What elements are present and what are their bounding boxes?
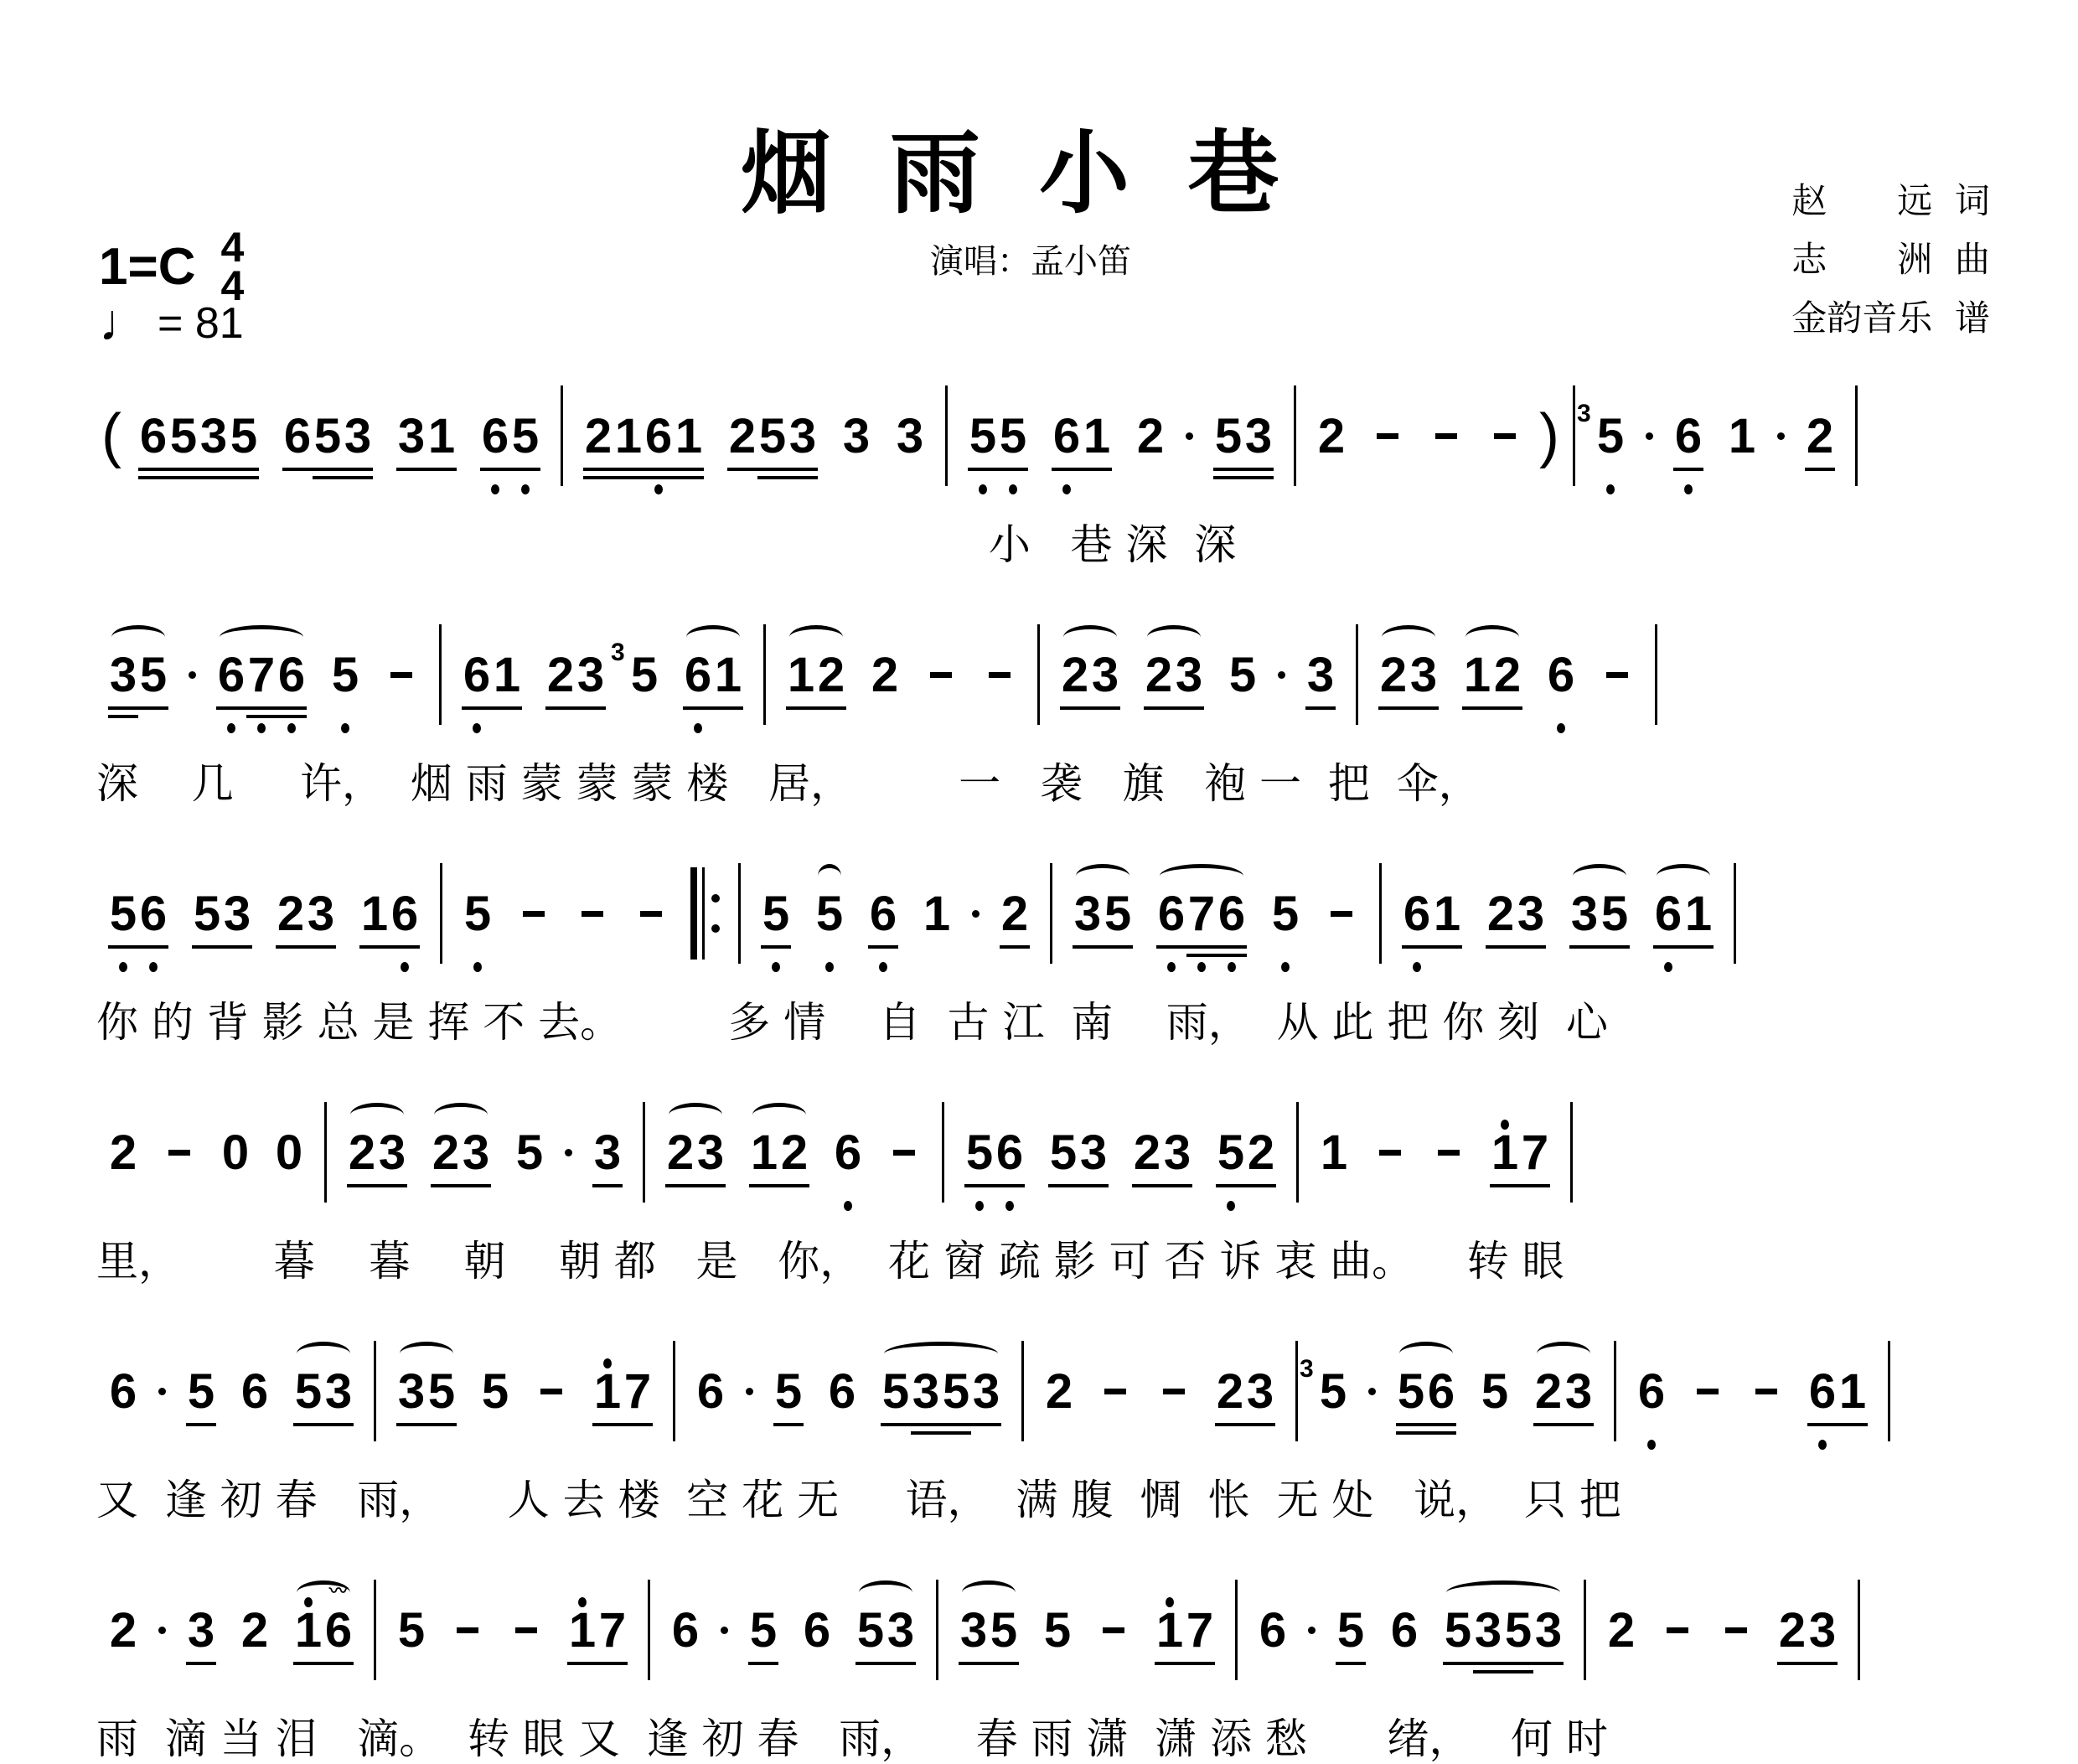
score-line: (6535653316521612533355612532)35612 小 巷 …	[96, 385, 1998, 486]
note-digit: 2	[1486, 886, 1516, 942]
barline	[1858, 1580, 1860, 1680]
note-digit: 6	[282, 408, 313, 464]
barline	[374, 1580, 376, 1680]
note-group: 5353	[1443, 1602, 1564, 1658]
note-digit: 6	[1389, 1602, 1419, 1658]
note-digit: 1	[1432, 886, 1462, 942]
note-digit: 3	[959, 1602, 989, 1658]
thin-bar	[702, 867, 705, 960]
note-digit: 7	[597, 1602, 628, 1658]
note-group: 5	[1270, 886, 1300, 942]
note-group: 23	[1777, 1602, 1838, 1658]
note-group: 52	[1216, 1125, 1276, 1181]
low-octave-dot	[119, 962, 127, 972]
sixteenth-underline	[911, 1431, 941, 1435]
note: 2	[1044, 1363, 1074, 1420]
barline	[561, 385, 563, 486]
slur-arc	[1399, 1342, 1453, 1366]
note-digit: 3	[306, 886, 336, 942]
score-line: 23216〰51765653355176565353223雨 滴 当 泪 滴。 …	[96, 1580, 1998, 1680]
note-digit: 1	[293, 1602, 323, 1658]
quarter-note-icon: ♩	[99, 293, 151, 353]
eighth-underline	[186, 1662, 216, 1665]
augmentation-dot	[721, 1627, 728, 1634]
note-group: 6	[833, 1125, 863, 1181]
time-sig-top: 4	[220, 228, 244, 266]
note-digit: 6	[108, 1363, 138, 1420]
augmentation-dot	[158, 1627, 166, 1634]
low-octave-dot	[979, 484, 987, 494]
note-digit: 6	[833, 1125, 863, 1181]
barline	[1296, 1102, 1299, 1203]
sixteenth-underline	[1213, 476, 1274, 479]
transcriber-credit: 金韵音乐 谱	[1791, 289, 1990, 348]
note-digit: 2	[240, 1602, 270, 1658]
low-octave-dot	[341, 723, 349, 733]
note-digit: 6	[480, 408, 510, 464]
eighth-underline	[786, 706, 846, 710]
note: 0	[220, 1125, 251, 1181]
low-octave-dot	[521, 484, 530, 494]
eighth-underline	[1048, 1184, 1109, 1187]
note-digit: 2	[870, 647, 900, 703]
note-digit: 6	[1402, 886, 1432, 942]
note-group: 53	[293, 1363, 354, 1420]
note-group: 23	[1144, 647, 1204, 703]
note-digit: 5	[629, 647, 659, 703]
eighth-underline	[1462, 706, 1522, 710]
note-digit: 1	[1082, 408, 1112, 464]
barline	[440, 863, 442, 964]
sustain-dash	[1438, 1150, 1460, 1156]
eighth-underline	[347, 1184, 407, 1187]
note-digit: 5	[968, 408, 998, 464]
note-group: 53	[1048, 1125, 1109, 1181]
eighth-underline	[1336, 1662, 1366, 1665]
note: 1	[922, 886, 952, 942]
note-digit: 3	[108, 647, 138, 703]
note-digit: 2	[1533, 1363, 1564, 1420]
note-group: 56	[108, 886, 168, 942]
slur-arc	[434, 1103, 488, 1127]
note-digit: 5	[192, 886, 222, 942]
note: 2	[870, 647, 900, 703]
note-group: 23	[347, 1125, 407, 1181]
sixteenth-underline	[138, 476, 259, 479]
note-group: 16	[359, 886, 420, 942]
slur-arc	[1573, 864, 1626, 888]
note-digit: 3	[788, 408, 818, 464]
slur-arc	[297, 1580, 350, 1605]
barline	[1614, 1341, 1616, 1441]
note-group: 35	[396, 1363, 457, 1420]
slur-arc	[1063, 625, 1117, 649]
eighth-underline	[1443, 1662, 1564, 1665]
note-digit: 5	[1480, 1363, 1510, 1420]
note-group: 3	[592, 1125, 623, 1181]
sustain-dash	[390, 672, 412, 678]
note-group: 5	[773, 1363, 804, 1420]
note-digit: 1	[922, 886, 952, 942]
note-digit: 1	[1683, 886, 1714, 942]
note-digit: 7	[1186, 886, 1217, 942]
note-digit: 3	[1564, 1363, 1594, 1420]
eighth-underline	[868, 945, 898, 949]
sustain-dash	[989, 672, 1011, 678]
note-group: 5	[330, 647, 360, 703]
augmentation-dot	[1368, 1388, 1376, 1395]
repeat-start-barline	[690, 867, 720, 960]
tempo-marking: ♩ = 81	[99, 293, 244, 353]
note-group: 3	[186, 1602, 216, 1658]
sustain-dash	[1435, 433, 1457, 439]
eighth-underline	[1060, 706, 1120, 710]
note: 6	[108, 1363, 138, 1420]
sixteenth-underline	[313, 476, 343, 479]
note-digit: 6	[695, 1363, 726, 1420]
eighth-underline	[773, 1423, 804, 1426]
slur-arc	[789, 625, 843, 649]
eighth-underline	[665, 1184, 726, 1187]
eighth-underline	[968, 468, 1028, 471]
note-digit: 3	[1409, 647, 1439, 703]
augmentation-dot	[1308, 1627, 1316, 1634]
note-digit: 6	[827, 1363, 857, 1420]
note-group: 23	[1378, 647, 1439, 703]
note-group: 2	[1000, 886, 1030, 942]
sustain-dash	[1379, 1150, 1401, 1156]
note-digit: 3	[461, 1125, 491, 1181]
augmentation-dot	[1646, 432, 1653, 440]
note-group: 6	[1546, 647, 1576, 703]
note-digit: 2	[1215, 1363, 1245, 1420]
note-group: 5	[186, 1363, 216, 1420]
note-digit: 3	[1473, 1602, 1503, 1658]
thick-bar	[690, 867, 697, 960]
slur-arc	[686, 625, 740, 649]
sustain-dash	[1725, 1627, 1747, 1633]
note-group: 17	[1490, 1125, 1550, 1181]
slur-arc	[884, 1342, 998, 1366]
sustain-dash	[1606, 672, 1628, 678]
sustain-dash	[1494, 433, 1516, 439]
slur-arc	[859, 1580, 912, 1605]
note-digit: 5	[463, 886, 493, 942]
eighth-underline	[1156, 945, 1247, 949]
eighth-underline	[761, 945, 791, 949]
notes-row: (6535653316521612533355612532)35612	[96, 385, 1998, 486]
barline	[1888, 1341, 1890, 1441]
note-group: 6	[1636, 1363, 1667, 1420]
note: 6	[240, 1363, 270, 1420]
eighth-underline	[727, 468, 818, 471]
note-digit: 2	[1316, 408, 1347, 464]
note-digit: 0	[220, 1125, 251, 1181]
note-digit: 5	[1396, 1363, 1426, 1420]
note-digit: 0	[274, 1125, 304, 1181]
note-digit: 3	[1569, 886, 1600, 942]
note-group: 6535	[138, 408, 259, 464]
note-group: 35	[629, 647, 659, 703]
note-digit: 6〰	[323, 1602, 354, 1658]
note-group: 65	[480, 408, 540, 464]
note-digit: 5	[229, 408, 259, 464]
slur-arc	[1382, 625, 1435, 649]
low-octave-dot	[1005, 1201, 1014, 1211]
note-digit: 2	[1606, 1602, 1636, 1658]
barline	[1037, 624, 1040, 725]
barline	[1379, 863, 1382, 964]
sixteenth-underline	[246, 715, 277, 718]
note-digit: 7	[1520, 1125, 1550, 1181]
note-digit: 3	[592, 1125, 623, 1181]
note-digit: 6	[1156, 886, 1186, 942]
note-group: 53	[192, 886, 252, 942]
grace-note: 3	[1300, 1355, 1314, 1384]
sixteenth-underline	[583, 476, 704, 479]
note-group: 676	[1156, 886, 1247, 942]
note: 5	[480, 1363, 510, 1420]
note-digit: 3	[971, 1363, 1001, 1420]
sustain-dash	[1103, 1627, 1124, 1633]
composer-credit: 志 洲 曲	[1791, 230, 1990, 289]
note: 1	[1727, 408, 1757, 464]
note-digit: 5	[998, 408, 1028, 464]
note-group: 61	[1807, 1363, 1868, 1420]
note: 2	[1135, 408, 1166, 464]
sustain-dash	[640, 911, 662, 917]
barline	[643, 1102, 645, 1203]
tempo-value: = 81	[158, 298, 244, 349]
note-digit: 6	[1052, 408, 1082, 464]
note-digit: 2	[276, 886, 306, 942]
note-digit: 6	[644, 408, 674, 464]
eighth-underline	[959, 1662, 1019, 1665]
note-group: 55	[968, 408, 1028, 464]
barline	[936, 1580, 938, 1680]
note-digit: 3	[186, 1602, 216, 1658]
note-digit: 1	[567, 1602, 597, 1658]
note-digit: 5	[108, 886, 138, 942]
note-digit: 2	[1805, 408, 1835, 464]
note-digit: 3	[911, 1363, 941, 1420]
note-group: 23	[1060, 647, 1120, 703]
score-line: 5653231655561235676561233561你 的 背 影 总 是 …	[96, 863, 1998, 964]
eighth-underline	[567, 1662, 628, 1665]
augmentation-dot	[1186, 432, 1193, 440]
barline	[1570, 1102, 1573, 1203]
note-group: 35	[1318, 1363, 1348, 1420]
eighth-underline	[1144, 706, 1204, 710]
note: 2	[108, 1602, 138, 1658]
barline	[673, 1341, 675, 1441]
grace-note: 3	[611, 639, 625, 667]
eighth-underline	[1215, 1423, 1275, 1426]
note-digit: 3	[323, 1363, 354, 1420]
eighth-underline	[396, 468, 457, 471]
barline	[324, 1102, 327, 1203]
low-octave-dot	[825, 962, 834, 972]
sustain-dash	[457, 1627, 478, 1633]
note-digit: 1	[359, 886, 390, 942]
slur-arc	[1465, 625, 1519, 649]
barline	[1356, 624, 1358, 725]
note-group: 17	[1155, 1602, 1215, 1658]
notes-row: 2002323532312656532352117	[96, 1102, 1998, 1203]
note-digit: 5	[757, 408, 788, 464]
note-group: 12	[1462, 647, 1522, 703]
note-group: 16〰	[293, 1602, 354, 1658]
note-group: 653	[282, 408, 373, 464]
singer-credit: 演唱：孟小笛	[930, 235, 1131, 282]
note-digit: 3	[1073, 886, 1103, 942]
note-group: 5	[463, 886, 493, 942]
high-octave-dot	[603, 1358, 612, 1368]
note-digit: 2	[1378, 647, 1409, 703]
note-digit: 2	[347, 1125, 377, 1181]
note: 6	[827, 1363, 857, 1420]
note-digit: 3	[1516, 886, 1546, 942]
eighth-underline	[462, 706, 522, 710]
low-octave-dot	[473, 723, 481, 733]
sixteenth-underline	[277, 715, 307, 718]
eighth-underline	[1490, 1184, 1550, 1187]
low-octave-dot	[1197, 962, 1206, 972]
low-octave-dot	[1664, 962, 1672, 972]
note-digit: 3	[1305, 647, 1336, 703]
note-digit: 3	[1807, 1602, 1838, 1658]
note-digit: 6	[670, 1602, 700, 1658]
note-group: 35	[108, 647, 168, 703]
eighth-underline	[480, 468, 540, 471]
sustain-dash	[540, 1389, 562, 1394]
note-digit: 3	[1090, 647, 1120, 703]
note-digit: 6	[138, 408, 168, 464]
note-digit: 3	[1533, 1602, 1564, 1658]
note-digit: 5	[814, 886, 845, 942]
eighth-underline	[748, 1662, 778, 1665]
augmentation-dot	[565, 1149, 572, 1156]
low-octave-dot	[257, 723, 266, 733]
sustain-dash	[515, 1627, 537, 1633]
augmentation-dot	[1278, 671, 1285, 679]
note-digit: 6	[868, 886, 898, 942]
note-digit: 2	[545, 647, 576, 703]
note-group: 23	[1215, 1363, 1275, 1420]
barline	[1295, 1341, 1298, 1441]
note-group: 2161	[583, 408, 704, 464]
note: 2	[240, 1602, 270, 1658]
note: 6	[670, 1602, 700, 1658]
barline	[1573, 385, 1575, 486]
note-digit: 2	[1777, 1602, 1807, 1658]
note-digit: 3	[895, 408, 925, 464]
lyrics-row: 雨 滴 当 泪 滴。 转 眼 又 逢 初 春 雨， 春 雨 潇 潇 添 愁 绪，…	[96, 1705, 1608, 1764]
low-octave-dot	[149, 962, 158, 972]
low-octave-dot	[287, 723, 296, 733]
note-group: 23	[431, 1125, 491, 1181]
augmentation-dot	[746, 1388, 753, 1395]
sixteenth-underline	[941, 1431, 971, 1435]
note-group: 676	[216, 647, 307, 703]
note-group: 23	[1533, 1363, 1594, 1420]
note: 6	[802, 1602, 832, 1658]
note-group: 56	[964, 1125, 1025, 1181]
song-title: 烟雨小巷	[0, 101, 2078, 230]
barline	[763, 624, 766, 725]
note-digit: 5	[748, 1602, 778, 1658]
sixteenth-underline	[1396, 1431, 1456, 1435]
note-digit: 6	[995, 1125, 1025, 1181]
barline	[1235, 1580, 1238, 1680]
note-group: 35	[1569, 886, 1630, 942]
barline	[1584, 1580, 1586, 1680]
sustain-dash	[1667, 1627, 1688, 1633]
slur-arc	[1147, 625, 1201, 649]
slur-arc	[1160, 864, 1243, 888]
note-group: 23	[1486, 886, 1546, 942]
eighth-underline	[1653, 945, 1714, 949]
note-digit: 6	[1546, 647, 1576, 703]
eighth-underline	[1402, 945, 1462, 949]
eighth-underline	[1533, 1423, 1594, 1426]
low-octave-dot	[1009, 484, 1017, 494]
sixteenth-underline	[343, 476, 373, 479]
eighth-underline	[293, 1662, 354, 1665]
slur-arc	[111, 625, 165, 649]
note-digit: 2	[1492, 647, 1522, 703]
note-digit: 3	[841, 408, 871, 464]
eighth-underline	[545, 706, 606, 710]
note-digit: 2	[665, 1125, 695, 1181]
augmentation-dot	[158, 1388, 166, 1395]
note-group: 17	[567, 1602, 628, 1658]
note: 0	[274, 1125, 304, 1181]
note-digit: 5	[1103, 886, 1133, 942]
barline	[374, 1341, 376, 1441]
note-digit: 6	[1807, 1363, 1838, 1420]
note-digit: 5	[138, 647, 168, 703]
eighth-underline	[1807, 1423, 1868, 1426]
note-group: 61	[1402, 886, 1462, 942]
note-digit: 6	[240, 1363, 270, 1420]
repeat-dots	[711, 894, 720, 933]
note-digit: 5	[1318, 1363, 1348, 1420]
score-line: 2002323532312656532352117里， 暮 暮 朝 朝 都 是 …	[96, 1102, 1998, 1203]
note-digit: 7	[246, 647, 277, 703]
barline	[945, 385, 948, 486]
note: 2	[108, 1125, 138, 1181]
note-digit: 2	[108, 1125, 138, 1181]
note-group: 5	[1336, 1602, 1366, 1658]
note-digit: 5	[1595, 408, 1626, 464]
note-digit: 6	[462, 647, 492, 703]
note-digit: 5	[1600, 886, 1630, 942]
note-digit: 2	[816, 647, 846, 703]
note-digit: 3	[1245, 1363, 1275, 1420]
sixteenth-underline	[1186, 954, 1217, 957]
note-digit: 1	[749, 1125, 779, 1181]
augmentation-dot	[189, 671, 196, 679]
note-digit: 3	[1174, 647, 1204, 703]
eighth-underline	[1673, 468, 1703, 471]
note: 5	[396, 1602, 426, 1658]
note: 3	[895, 408, 925, 464]
note-digit: 6	[277, 647, 307, 703]
slur-arc	[350, 1103, 404, 1127]
eighth-underline	[1132, 1184, 1192, 1187]
note-digit: 1	[1319, 1125, 1349, 1181]
